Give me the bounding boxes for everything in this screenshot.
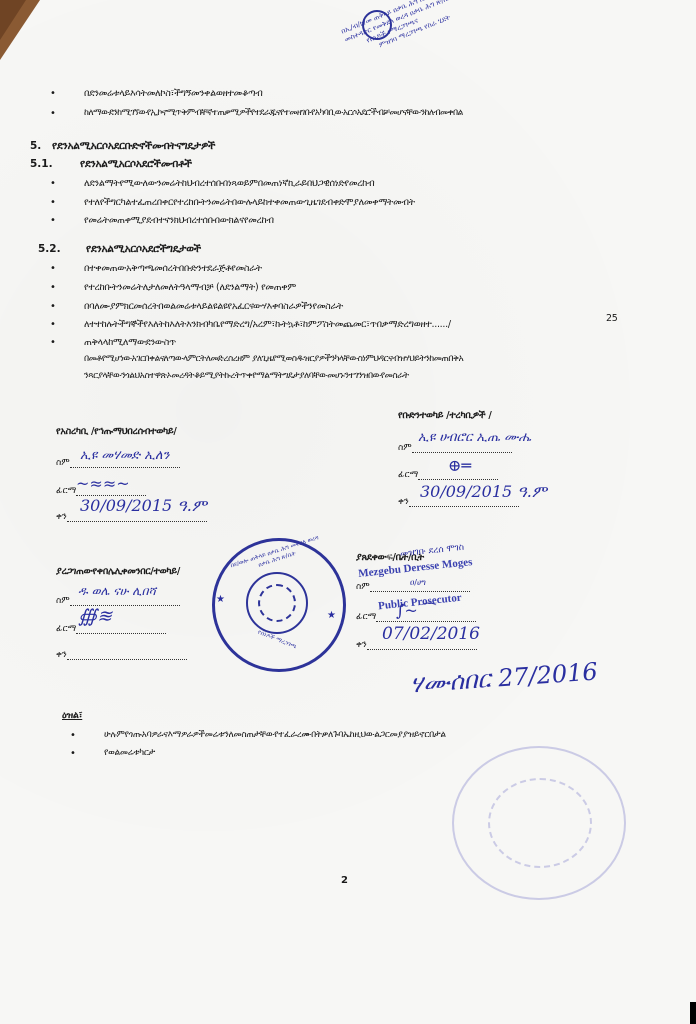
duty-bullet: ለተተከሉትችግኞችየእለትከእለትእንክብካቤየማድረግ/አረም፣ኩትኳቶ፣ከ… <box>84 319 451 330</box>
date-label: ቀን <box>356 640 367 650</box>
receiver-title: የቡድንተወካይ /ተረካቢዎች / <box>398 410 492 421</box>
duty-bullet-continuation: በመቶየሚሆነውአገርበቀልናለጣውላምርትለመድረስረዘም ያለጊዜየሚወስዱ… <box>84 354 463 364</box>
sign-label: ፊርማ <box>398 470 418 480</box>
top-stamp-text: በኢ/ብ/ክ/መ ጠቅላይ ዐቃቤ ሕግ በደ/ወሎ መስተዳድር የመቅደላ … <box>340 0 461 61</box>
page-number: 2 <box>341 875 348 886</box>
receiver-date-handwritten: 30/09/2015 ዓ.ም <box>420 482 547 502</box>
rights-bullet: የተለየችግርካልተፈጠረበቀርየተረከቡትንመሬትበውሉላይከተቀመጠውጊዜገ… <box>84 197 415 208</box>
notes-bullet: የወልመሬቱካርታ <box>104 748 155 758</box>
approver-signature: ∫~⌒ <box>396 598 434 621</box>
section-5-1-title: የደንአልሚአርሶአደሮችመብቶች <box>80 158 192 171</box>
verifier-date-field: ቀን <box>56 650 187 660</box>
name-label: ስም <box>56 458 70 468</box>
seal-star-icon: ★ <box>327 610 336 621</box>
document-page: በኢ/ብ/ክ/መ ጠቅላይ ዐቃቤ ሕግ በደ/ወሎ መስተዳድር የመቅደላ … <box>0 0 696 1024</box>
giver-name-handwritten: ኢዩ መሃመድ ኢለን <box>80 448 169 463</box>
scan-edge-mark <box>690 1002 696 1024</box>
wooden-table-shadow <box>0 0 26 40</box>
sign-label: ፊርማ <box>56 624 76 634</box>
seal-star-icon: ★ <box>216 594 225 605</box>
section-5-2-number: 5.2. <box>38 243 61 255</box>
notes-bullet: ሁሉምየጎጡአባዎራናእማዎራዎችመሬቱንለመስጠታቸውየተፈራረሙበትቃለጉባ… <box>104 730 446 740</box>
page-reference: 25 <box>606 313 618 324</box>
name-label: ስም <box>398 443 412 453</box>
duty-bullet: የተረከቡትንመሬትለታለመለትዓላማብቻ (ለደንልማት) የመጠቀም <box>84 282 296 293</box>
section-5-title: የደንአልሚአርሶአደርቡድኖችመብትናግዴታዎች <box>52 140 215 153</box>
duty-bullet-continuation: ንጻርያላቸውንጎልህአስተዋጽኦመረዳትቆይሚያትኩረትጥቀየማልማትግዴታያ… <box>84 371 409 381</box>
name-label: ስም <box>356 582 370 592</box>
intro-bullet: ከለማውደንከሚገኘውየኢኮኖሚጥቅምብቸኛተጠቃሚዎችየተደራጁናየተመዘገቡ… <box>84 108 463 118</box>
faded-seal-inner-ring <box>488 778 592 868</box>
sign-label: ፊርማ <box>356 612 376 622</box>
approver-stamp-sub: ዐ/ሀግ <box>410 578 426 588</box>
duty-bullet: በባለሙያምክርመሰረትበወልመሬቱላይልዩልዩየአፈርናውሃእቀባስራዎችንየ… <box>84 301 343 312</box>
sign-label: ፊርማ <box>56 486 76 496</box>
section-5-1-number: 5.1. <box>30 158 53 170</box>
rights-bullet: የመሬትመጠቀሚያደብተናንክህብረተሰቡበውክልናየመረከብ <box>84 215 274 226</box>
section-5-2-title: የደንአልሚአርሶአደሮችግዴታወች <box>86 243 201 256</box>
verifier-name-handwritten: ዱ ወሌ ናሁ ሊበሻ <box>78 584 156 599</box>
receiver-signature: ⊕═ <box>448 456 471 475</box>
duty-bullet: በተቀመጠውአቅጣጫመሰረትበቡድንተደራጅቶየመስራት <box>84 263 262 274</box>
verifier-signature: ∰≋ <box>78 606 112 627</box>
rights-bullet: ለደንልማትየሚውለውንመሬትከህብረተሰቡበነጻወይምበመጠነኛኪራይበህጋዊ… <box>84 178 374 189</box>
approver-date-handwritten: 07/02/2016 <box>382 624 480 644</box>
handwritten-note: ሃሙሰበር 27/2016 <box>409 657 598 698</box>
seal-emblem <box>258 584 296 622</box>
date-label: ቀን <box>56 512 67 522</box>
notes-title: ዕዝል፣ <box>62 710 82 721</box>
giver-signature: ~≈≈~ <box>76 474 130 493</box>
duty-bullet: ጠቅላላከሚለማውደንውስጥ <box>84 337 176 348</box>
giver-date-handwritten: 30/09/2015 ዓ.ም <box>80 496 207 516</box>
date-label: ቀን <box>398 497 409 507</box>
date-label: ቀን <box>56 650 67 660</box>
verifier-title: ያረጋገጠውየቀበሌሊቀመንበር/ተወካይ/ <box>56 566 180 577</box>
name-label: ስም <box>56 596 70 606</box>
section-5-number: 5. <box>30 140 41 152</box>
giver-title: የአስረካቢ /የኅጡማህበረሰብተወካይ/ <box>56 426 177 437</box>
receiver-name-handwritten: ኢዩ ሀብሮር ኢጤ ሙሔ <box>418 430 531 445</box>
intro-bullet: በደንመሬቱላይእሳትመለኮስ፣ችግኝመንቀልወዘተመቆጣብ <box>84 88 263 99</box>
